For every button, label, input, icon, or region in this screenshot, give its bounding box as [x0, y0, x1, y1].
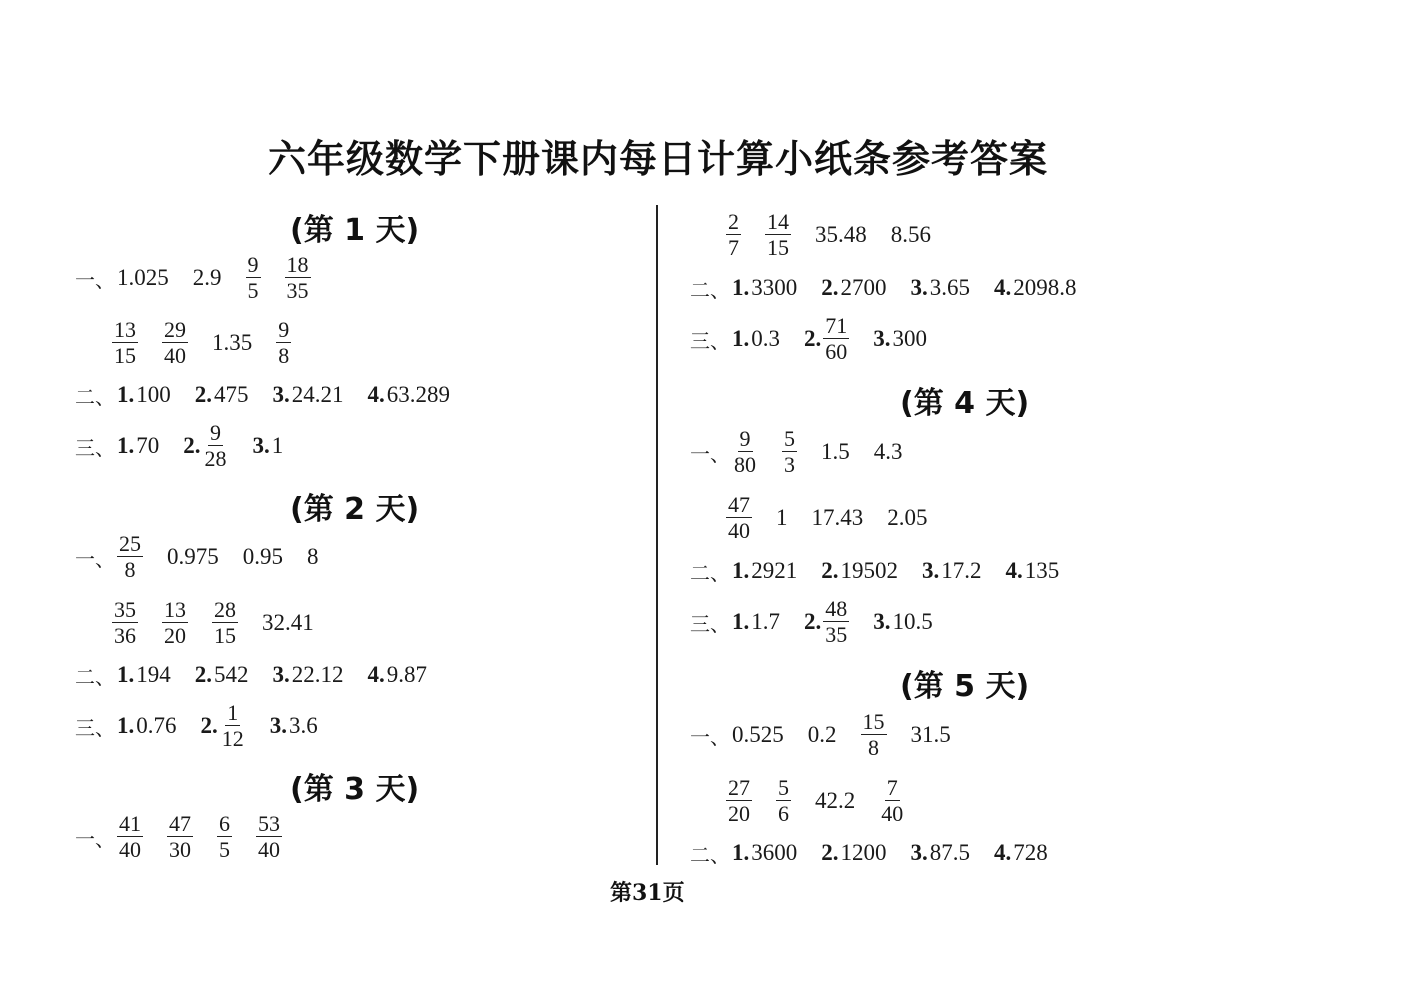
day-heading: (第 1 天): [290, 205, 419, 249]
section-label: 二、: [75, 381, 115, 410]
numerator: 53: [256, 813, 282, 837]
fraction: 65: [217, 813, 232, 861]
answer-item: 56: [776, 777, 791, 825]
section-label: 二、: [690, 839, 730, 868]
answer-item: 258: [117, 533, 143, 581]
answer-value: 2921: [751, 558, 797, 584]
answer-item: 2815: [212, 599, 238, 647]
answer-value: 542: [214, 662, 249, 688]
answer-item: 65: [217, 813, 232, 861]
question-number: 2.: [821, 840, 838, 866]
answer-item: 0.95: [243, 544, 283, 570]
fraction: 4140: [117, 813, 143, 861]
fraction: 98: [276, 319, 291, 367]
numerator: 27: [726, 777, 752, 801]
fraction: 7160: [823, 315, 849, 363]
fraction: 2940: [162, 319, 188, 367]
page-number: 第31页: [610, 876, 685, 907]
answer-line: 27141535.488.56: [726, 205, 955, 265]
denominator: 5: [246, 278, 261, 302]
question-number: 4.: [368, 662, 385, 688]
numerator: 47: [726, 494, 752, 518]
numerator: 5: [776, 777, 791, 801]
section-label: 一、: [75, 543, 115, 572]
answer-item: 1835: [285, 254, 311, 302]
answer-value: 1: [776, 505, 788, 531]
answer-value: 3.6: [289, 713, 318, 739]
answer-item: 3.87.5: [911, 840, 971, 866]
question-number: 3.: [873, 609, 890, 635]
day-heading: (第 5 天): [900, 661, 1029, 705]
answer-item: 2940: [162, 319, 188, 367]
denominator: 15: [765, 235, 791, 259]
answer-item: 4.2098.8: [994, 275, 1077, 301]
day-heading: (第 2 天): [290, 484, 419, 528]
answer-item: 2.928: [183, 422, 228, 470]
question-number: 1.: [732, 275, 749, 301]
answer-item: 4.135: [1006, 558, 1060, 584]
question-number: 4.: [994, 275, 1011, 301]
answer-item: 95: [246, 254, 261, 302]
answer-item: 1.2921: [732, 558, 797, 584]
answer-item: 3.10.5: [873, 609, 933, 635]
answer-item: 1.35: [212, 330, 252, 356]
answer-value: 1: [272, 433, 284, 459]
answer-value: 24.21: [292, 382, 344, 408]
answer-value: 3600: [751, 840, 797, 866]
fraction: 3536: [112, 599, 138, 647]
numerator: 48: [823, 598, 849, 622]
numerator: 35: [112, 599, 138, 623]
answer-value: 728: [1013, 840, 1048, 866]
answer-item: 4730: [167, 813, 193, 861]
section-label: 二、: [690, 557, 730, 586]
answer-item: 4140: [117, 813, 143, 861]
denominator: 36: [112, 623, 138, 647]
answer-value: 1.7: [751, 609, 780, 635]
question-number: 3.: [273, 662, 290, 688]
numerator: 28: [212, 599, 238, 623]
answer-item: 4.9.87: [368, 662, 428, 688]
answer-item: 1315: [112, 319, 138, 367]
question-number: 2.: [195, 662, 212, 688]
answer-item: 1.025: [117, 265, 169, 291]
answer-item: 2.4835: [804, 598, 849, 646]
answer-value: 0.76: [136, 713, 176, 739]
fraction: 53: [782, 428, 797, 476]
answer-item: 3.22.12: [273, 662, 344, 688]
fraction: 95: [246, 254, 261, 302]
answer-line: 一、2580.9750.958: [75, 527, 343, 587]
denominator: 20: [726, 801, 752, 825]
answer-item: 1: [776, 505, 788, 531]
answer-item: 2720: [726, 777, 752, 825]
numerator: 47: [167, 813, 193, 837]
denominator: 3: [782, 452, 797, 476]
numerator: 5: [782, 428, 797, 452]
numerator: 14: [765, 211, 791, 235]
answer-item: 2.542: [195, 662, 249, 688]
fraction: 158: [861, 711, 887, 759]
numerator: 9: [738, 428, 753, 452]
answer-item: 2.05: [887, 505, 927, 531]
question-number: 1.: [117, 433, 134, 459]
answer-value: 22.12: [292, 662, 344, 688]
section-label: 三、: [690, 325, 730, 354]
denominator: 8: [276, 343, 291, 367]
denominator: 60: [823, 339, 849, 363]
answer-value: 35.48: [815, 222, 867, 248]
answer-item: 3.3.6: [270, 713, 318, 739]
answer-item: 3.3.65: [911, 275, 971, 301]
fraction: 1415: [765, 211, 791, 259]
answer-item: 2.7160: [804, 315, 849, 363]
answer-item: 3536: [112, 599, 138, 647]
answer-value: 2.9: [193, 265, 222, 291]
answer-value: 32.41: [262, 610, 314, 636]
numerator: 29: [162, 319, 188, 343]
answer-item: 3.300: [873, 326, 927, 352]
answer-item: 31.5: [911, 722, 951, 748]
answer-line: 131529401.3598: [112, 313, 315, 373]
answer-value: 87.5: [930, 840, 970, 866]
answer-value: 17.2: [941, 558, 981, 584]
answer-item: 4.63.289: [368, 382, 451, 408]
answer-item: 158: [861, 711, 887, 759]
denominator: 6: [776, 801, 791, 825]
question-number: 2.: [804, 609, 821, 635]
numerator: 1: [225, 702, 240, 726]
section-label: 一、: [75, 823, 115, 852]
answer-item: 1.0.3: [732, 326, 780, 352]
denominator: 7: [726, 235, 741, 259]
question-number: 3.: [253, 433, 270, 459]
answer-line: 三、1.0.762.1123.3.6: [75, 696, 342, 756]
section-label: 一、: [75, 264, 115, 293]
answer-value: 8: [307, 544, 319, 570]
answer-item: 4.3: [874, 439, 903, 465]
answer-item: 1.194: [117, 662, 171, 688]
answer-item: 1320: [162, 599, 188, 647]
answer-value: 2098.8: [1013, 275, 1076, 301]
question-number: 1.: [732, 326, 749, 352]
answer-value: 19502: [841, 558, 899, 584]
answer-value: 1.025: [117, 265, 169, 291]
numerator: 9: [208, 422, 223, 446]
fraction: 5340: [256, 813, 282, 861]
question-number: 2.: [183, 433, 200, 459]
section-label: 一、: [690, 721, 730, 750]
denominator: 40: [117, 837, 143, 861]
answer-item: 2.9: [193, 265, 222, 291]
denominator: 40: [162, 343, 188, 367]
fraction: 1835: [285, 254, 311, 302]
numerator: 71: [823, 315, 849, 339]
answer-value: 10.5: [893, 609, 933, 635]
question-number: 2.: [821, 558, 838, 584]
denominator: 30: [167, 837, 193, 861]
numerator: 9: [246, 254, 261, 278]
answer-item: 1.100: [117, 382, 171, 408]
answer-item: 0.975: [167, 544, 219, 570]
question-number: 3.: [873, 326, 890, 352]
question-number: 4.: [368, 382, 385, 408]
column-divider: [656, 205, 658, 865]
answer-item: 980: [732, 428, 758, 476]
denominator: 40: [256, 837, 282, 861]
answer-value: 1200: [841, 840, 887, 866]
answer-item: 32.41: [262, 610, 314, 636]
section-label: 三、: [690, 608, 730, 637]
answer-line: 三、1.0.32.71603.300: [690, 309, 951, 369]
answer-item: 8: [307, 544, 319, 570]
numerator: 13: [162, 599, 188, 623]
fraction: 4835: [823, 598, 849, 646]
denominator: 80: [732, 452, 758, 476]
answer-item: 1.70: [117, 433, 159, 459]
section-label: 三、: [75, 432, 115, 461]
question-number: 2.: [804, 326, 821, 352]
denominator: 35: [823, 622, 849, 646]
answer-value: 0.975: [167, 544, 219, 570]
question-number: 1.: [117, 713, 134, 739]
answer-item: 1.1.7: [732, 609, 780, 635]
numerator: 6: [217, 813, 232, 837]
section-label: 一、: [690, 438, 730, 467]
fraction: 27: [726, 211, 741, 259]
denominator: 20: [162, 623, 188, 647]
answer-value: 70: [136, 433, 159, 459]
answer-value: 3300: [751, 275, 797, 301]
fraction: 1320: [162, 599, 188, 647]
fraction: 56: [776, 777, 791, 825]
fraction: 980: [732, 428, 758, 476]
answer-item: 2.1200: [821, 840, 886, 866]
answer-value: 1.35: [212, 330, 252, 356]
question-number: 2.: [195, 382, 212, 408]
answer-line: 一、0.5250.215831.5: [690, 705, 975, 765]
answer-item: 3.1: [253, 433, 284, 459]
denominator: 35: [285, 278, 311, 302]
answer-line: 27205642.2740: [726, 771, 929, 831]
answer-line: 一、1.0252.9951835: [75, 248, 335, 308]
answer-item: 2.2700: [821, 275, 886, 301]
denominator: 15: [112, 343, 138, 367]
fraction: 1315: [112, 319, 138, 367]
fraction: 740: [879, 777, 905, 825]
question-number: 1.: [732, 558, 749, 584]
answer-item: 4740: [726, 494, 752, 542]
answer-value: 0.3: [751, 326, 780, 352]
fraction: 258: [117, 533, 143, 581]
fraction: 4740: [726, 494, 752, 542]
denominator: 12: [220, 726, 246, 750]
denominator: 8: [866, 735, 881, 759]
answer-item: 17.43: [812, 505, 864, 531]
answer-line: 一、980531.54.3: [690, 422, 927, 482]
answer-value: 42.2: [815, 788, 855, 814]
answer-value: 3.65: [930, 275, 970, 301]
question-number: 2.: [201, 713, 218, 739]
question-number: 4.: [1006, 558, 1023, 584]
answer-item: 3.24.21: [273, 382, 344, 408]
answer-value: 2700: [841, 275, 887, 301]
answer-line: 一、41404730655340: [75, 807, 306, 867]
answer-item: 53: [782, 428, 797, 476]
question-number: 3.: [911, 275, 928, 301]
numerator: 25: [117, 533, 143, 557]
answer-item: 27: [726, 211, 741, 259]
answer-item: 740: [879, 777, 905, 825]
answer-item: 42.2: [815, 788, 855, 814]
denominator: 28: [203, 446, 229, 470]
numerator: 2: [726, 211, 741, 235]
answer-item: 2.19502: [821, 558, 898, 584]
answer-value: 0.95: [243, 544, 283, 570]
question-number: 1.: [117, 382, 134, 408]
section-label: 二、: [75, 661, 115, 690]
question-number: 3.: [911, 840, 928, 866]
answer-item: 2.475: [195, 382, 249, 408]
numerator: 7: [885, 777, 900, 801]
fraction: 2720: [726, 777, 752, 825]
answer-value: 0.525: [732, 722, 784, 748]
section-label: 三、: [75, 712, 115, 741]
answer-line: 4740117.432.05: [726, 488, 952, 548]
question-number: 1.: [732, 609, 749, 635]
answer-value: 63.289: [387, 382, 450, 408]
numerator: 13: [112, 319, 138, 343]
answer-item: 2.112: [201, 702, 246, 750]
fraction: 112: [220, 702, 246, 750]
denominator: 40: [726, 518, 752, 542]
answer-item: 1415: [765, 211, 791, 259]
fraction: 2815: [212, 599, 238, 647]
answer-item: 8.56: [891, 222, 931, 248]
answer-value: 0.2: [808, 722, 837, 748]
answer-item: 3.17.2: [922, 558, 982, 584]
answer-value: 4.3: [874, 439, 903, 465]
answer-value: 9.87: [387, 662, 427, 688]
fraction: 4730: [167, 813, 193, 861]
answer-value: 300: [893, 326, 928, 352]
page-title: 六年级数学下册课内每日计算小纸条参考答案: [0, 128, 1316, 183]
denominator: 5: [217, 837, 232, 861]
day-heading: (第 3 天): [290, 764, 419, 808]
answer-value: 1.5: [821, 439, 850, 465]
answer-value: 31.5: [911, 722, 951, 748]
answer-item: 98: [276, 319, 291, 367]
answer-line: 35361320281532.41: [112, 593, 338, 653]
numerator: 18: [285, 254, 311, 278]
answer-item: 4.728: [994, 840, 1048, 866]
question-number: 4.: [994, 840, 1011, 866]
answer-item: 5340: [256, 813, 282, 861]
day-heading: (第 4 天): [900, 378, 1029, 422]
answer-item: 1.3600: [732, 840, 797, 866]
answer-line: 三、1.702.9283.1: [75, 416, 307, 476]
denominator: 8: [123, 557, 138, 581]
numerator: 15: [861, 711, 887, 735]
answer-value: 135: [1025, 558, 1060, 584]
answer-item: 1.0.76: [117, 713, 177, 739]
answer-item: 1.3300: [732, 275, 797, 301]
question-number: 3.: [270, 713, 287, 739]
question-number: 2.: [821, 275, 838, 301]
question-number: 1.: [117, 662, 134, 688]
numerator: 9: [276, 319, 291, 343]
answer-value: 8.56: [891, 222, 931, 248]
answer-item: 35.48: [815, 222, 867, 248]
answer-value: 17.43: [812, 505, 864, 531]
numerator: 41: [117, 813, 143, 837]
question-number: 3.: [922, 558, 939, 584]
answer-value: 475: [214, 382, 249, 408]
denominator: 40: [879, 801, 905, 825]
answer-item: 1.5: [821, 439, 850, 465]
question-number: 1.: [732, 840, 749, 866]
answer-value: 194: [136, 662, 171, 688]
answer-line: 二、1.36002.12003.87.54.728: [690, 823, 1072, 883]
answer-item: 0.525: [732, 722, 784, 748]
fraction: 928: [203, 422, 229, 470]
answer-line: 三、1.1.72.48353.10.5: [690, 592, 957, 652]
answer-value: 2.05: [887, 505, 927, 531]
answer-item: 0.2: [808, 722, 837, 748]
answer-value: 100: [136, 382, 171, 408]
denominator: 15: [212, 623, 238, 647]
section-label: 二、: [690, 274, 730, 303]
question-number: 3.: [273, 382, 290, 408]
